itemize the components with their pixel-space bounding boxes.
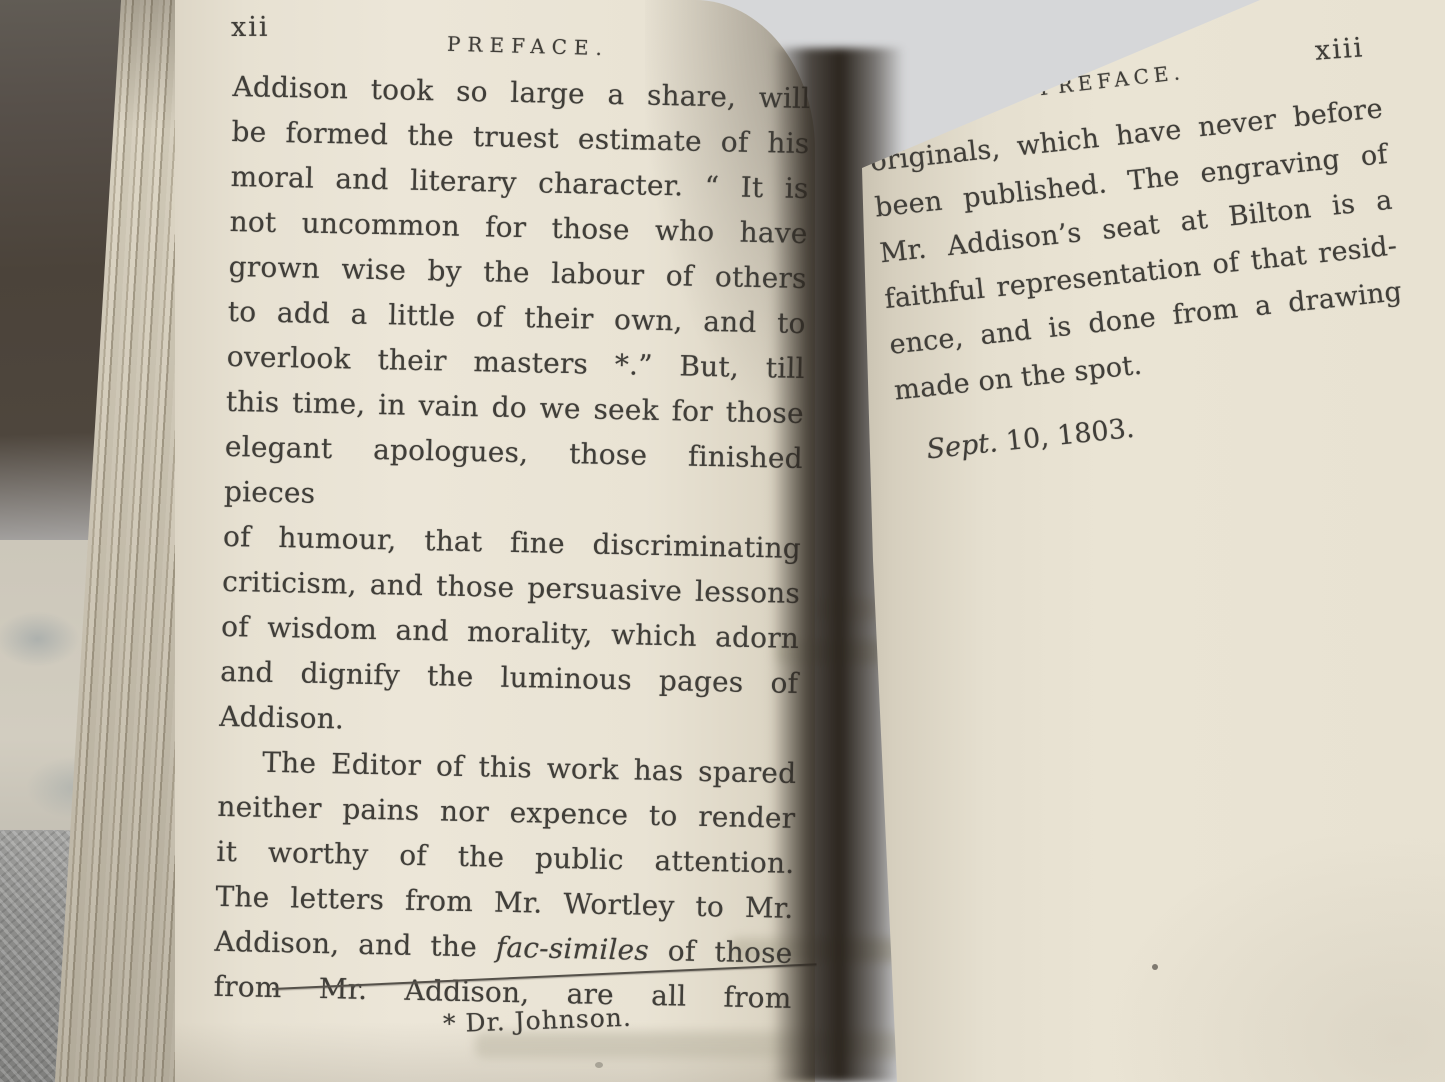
right-page-body: originals, which have never beforebeen p… (868, 86, 1416, 476)
left-page-header: PREFACE. (443, 32, 614, 61)
paper-speck (595, 1062, 603, 1068)
left-page-body: Addison took so large a share, willbe fo… (213, 64, 811, 1021)
open-book-photo: xii PREFACE. Addison took so large a sha… (0, 0, 1445, 1082)
right-page: xiii PREFACE. originals, which have neve… (845, 0, 1445, 1082)
right-page-number: xiii (1314, 32, 1365, 66)
right-page-paragraph: originals, which have never beforebeen p… (868, 86, 1409, 414)
text-line: elegant apologues, those finished pieces (224, 424, 804, 526)
left-page: xii PREFACE. Addison took so large a sha… (175, 0, 815, 1082)
left-page-number: xii (231, 12, 270, 43)
paper-speck (1152, 964, 1158, 970)
right-page-header: PREFACE. (1036, 60, 1188, 101)
